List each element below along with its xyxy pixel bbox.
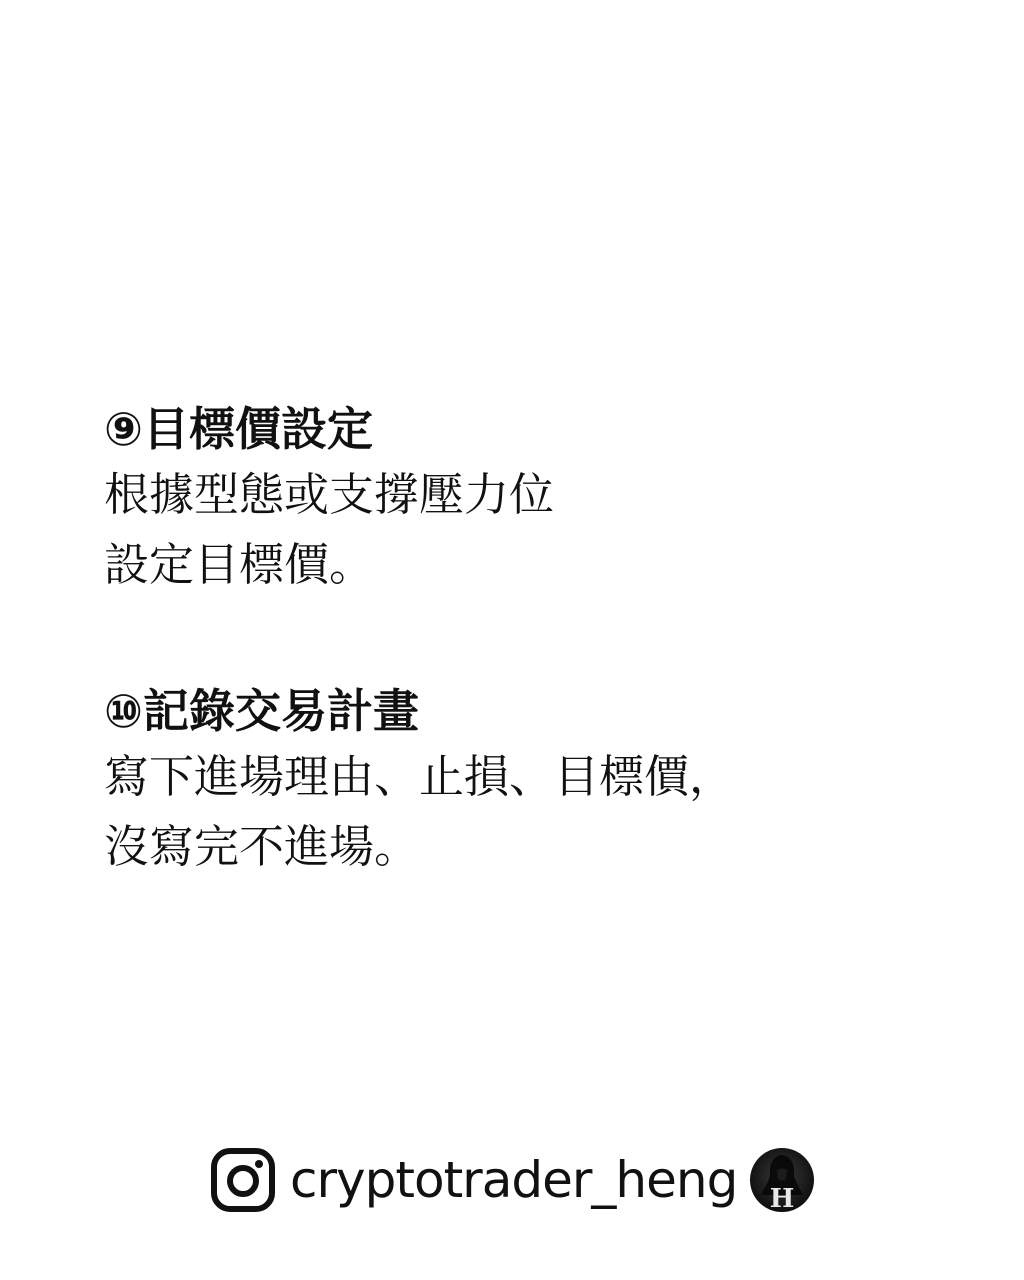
section-heading: ⑩記錄交易計畫 <box>104 680 734 742</box>
instagram-icon <box>210 1147 276 1213</box>
section-trade-plan: ⑩記錄交易計畫 寫下進場理由、止損、目標價， 沒寫完不進場。 <box>104 680 734 882</box>
section-target-price: ⑨目標價設定 根據型態或支撐壓力位 設定目標價。 <box>104 398 554 600</box>
section-text-line: 寫下進場理由、止損、目標價， <box>104 742 734 812</box>
avatar-letter: H <box>770 1184 795 1213</box>
footer-social-handle: cryptotrader_heng H <box>210 1144 815 1216</box>
section-text-line: 沒寫完不進場。 <box>104 812 734 882</box>
instagram-handle: cryptotrader_heng <box>290 1144 737 1216</box>
section-text-line: 設定目標價。 <box>104 530 554 600</box>
avatar: H <box>749 1147 815 1213</box>
section-heading: ⑨目標價設定 <box>104 398 554 460</box>
section-text-line: 根據型態或支撐壓力位 <box>104 460 554 530</box>
